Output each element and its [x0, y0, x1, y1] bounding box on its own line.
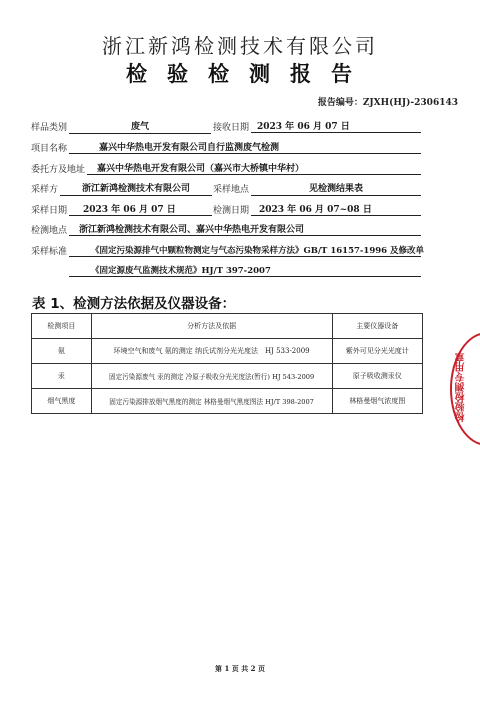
- stamp-text: 检验检测专用章: [456, 352, 476, 422]
- report-title: 检验检测报告: [0, 58, 480, 88]
- row-test-site: 检测地点 浙江新鸿检测技术有限公司、嘉兴中华热电开发有限公司: [0, 225, 480, 239]
- test-date-value: 2023 年 06 月 07~08 日: [251, 205, 421, 216]
- project-name-value: 嘉兴中华热电开发有限公司自行监测废气检测: [69, 143, 421, 154]
- table-header-row: 检测项目 分析方法及依据 主要仪器设备: [32, 314, 423, 339]
- table-row: 汞 固定污染源废气 汞的测定 冷原子吸收分光光度法(暂行) HJ 543-200…: [32, 364, 423, 389]
- row-sampler: 采样方 浙江新鸿检测技术有限公司 采样地点 见检测结果表: [0, 184, 480, 198]
- project-name-label: 项目名称: [31, 143, 67, 155]
- client-label: 委托方及地址: [31, 164, 85, 176]
- sampling-site-label: 采样地点: [213, 184, 249, 196]
- row-sampling-standard: 采样标准 《固定污染源排气中颗粒物测定与气态污染物采样方法》GB/T 16157…: [0, 246, 480, 260]
- cell-item: 烟气黑度: [32, 389, 92, 414]
- header-instrument: 主要仪器设备: [332, 314, 423, 339]
- test-site-value: 浙江新鸿检测技术有限公司、嘉兴中华热电开发有限公司: [69, 225, 421, 236]
- row-sampling-date: 采样日期 2023 年 06 月 07 日 检测日期 2023 年 06 月 0…: [0, 205, 480, 219]
- report-number: 报告编号：ZJXH(HJ)-2306143: [318, 95, 458, 108]
- receive-date-label: 接收日期: [213, 122, 249, 134]
- company-name: 浙江新鸿检测技术有限公司: [0, 30, 480, 59]
- cell-method: 环境空气和废气 氨的测定 纳氏试剂分光光度法 HJ 533-2009: [91, 339, 332, 364]
- sample-type-label: 样品类别: [31, 122, 67, 134]
- table-row: 烟气黑度 固定污染源排放烟气黑度的测定 林格曼烟气黑度图法 HJ/T 398-2…: [32, 389, 423, 414]
- receive-date-value: 2023 年 06 月 07 日: [251, 122, 421, 133]
- cell-item: 氨: [32, 339, 92, 364]
- table-row: 氨 环境空气和废气 氨的测定 纳氏试剂分光光度法 HJ 533-2009 紫外可…: [32, 339, 423, 364]
- sampling-date-label: 采样日期: [31, 205, 67, 217]
- row-project-name: 项目名称 嘉兴中华热电开发有限公司自行监测废气检测: [0, 143, 480, 157]
- row-sample-type: 样品类别 废气 接收日期 2023 年 06 月 07 日: [0, 122, 480, 136]
- sampling-standard-line2: 《固定源废气监测技术规范》HJ/T 397-2007: [69, 266, 421, 277]
- report-number-value: ZJXH(HJ)-2306143: [363, 98, 458, 108]
- cell-instrument: 原子吸收测汞仪: [332, 364, 423, 389]
- test-site-label: 检测地点: [31, 225, 67, 237]
- cell-item: 汞: [32, 364, 92, 389]
- row-sampling-standard-2: 《固定源废气监测技术规范》HJ/T 397-2007: [0, 266, 480, 280]
- cell-method: 固定污染源废气 汞的测定 冷原子吸收分光光度法(暂行) HJ 543-2009: [91, 364, 332, 389]
- sampling-site-value: 见检测结果表: [251, 184, 421, 196]
- test-date-label: 检测日期: [213, 205, 249, 217]
- sampling-standard-label: 采样标准: [31, 246, 67, 258]
- cell-instrument: 林格曼烟气浓度图: [332, 389, 423, 414]
- row-client: 委托方及地址 嘉兴中华热电开发有限公司（嘉兴市大桥镇中华村）: [0, 164, 480, 178]
- sampling-date-value: 2023 年 06 月 07 日: [69, 205, 212, 216]
- sample-type-value: 废气: [69, 122, 211, 134]
- sampler-label: 采样方: [31, 184, 58, 196]
- page-number: 第 1 页 共 2 页: [0, 664, 480, 674]
- report-number-label: 报告编号：: [318, 98, 363, 108]
- sampling-standard-line1: 《固定污染源排气中颗粒物测定与气态污染物采样方法》GB/T 16157-1996…: [69, 246, 421, 257]
- cell-instrument: 紫外可见分光光度计: [332, 339, 423, 364]
- client-value: 嘉兴中华热电开发有限公司（嘉兴市大桥镇中华村）: [87, 164, 421, 175]
- sampler-value: 浙江新鸿检测技术有限公司: [60, 184, 212, 196]
- cell-method: 固定污染源排放烟气黑度的测定 林格曼烟气黑度图法 HJ/T 398-2007: [91, 389, 332, 414]
- table1-title: 表 1、检测方法依据及仪器设备：: [32, 292, 235, 312]
- methods-table: 检测项目 分析方法及依据 主要仪器设备 氨 环境空气和废气 氨的测定 纳氏试剂分…: [31, 313, 423, 414]
- header-item: 检测项目: [32, 314, 92, 339]
- header-method: 分析方法及依据: [91, 314, 332, 339]
